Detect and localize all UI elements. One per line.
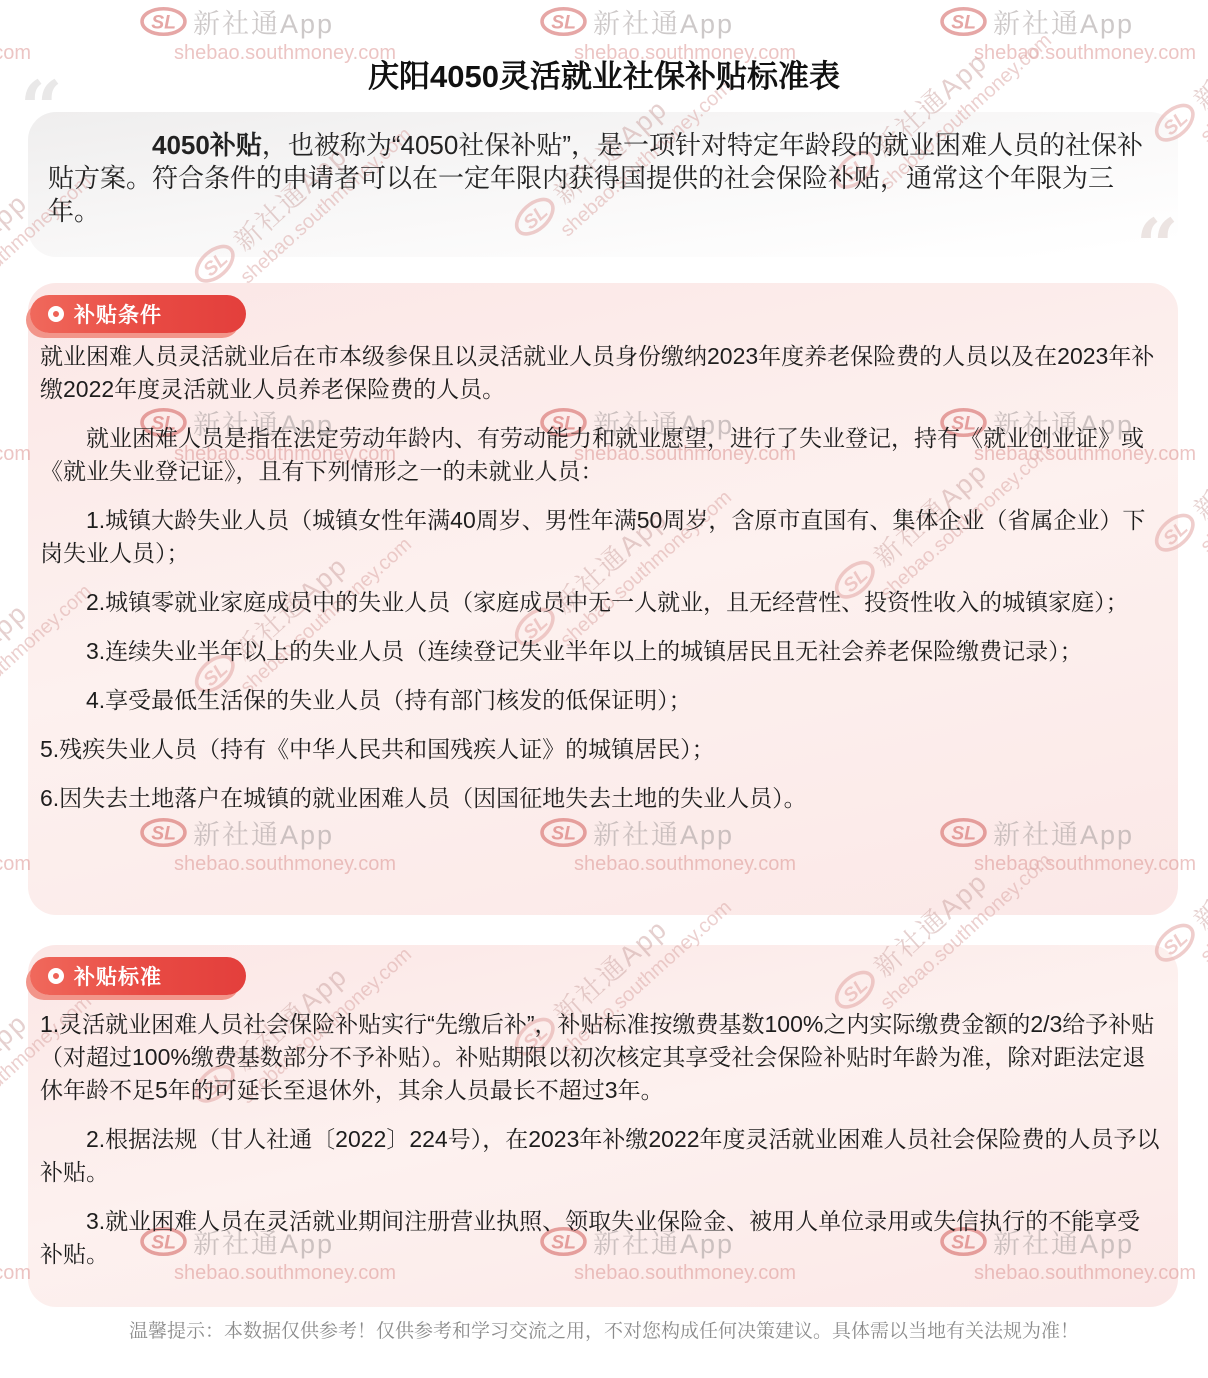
watermark-brand-text: 新社通App — [593, 2, 734, 41]
svg-text:SL: SL — [551, 12, 576, 34]
list-item: 1.城镇大龄失业人员（城镇女性年满40周岁、男性年满50周岁，含原市直国有、集体… — [40, 504, 1162, 570]
list-item: 1.灵活就业困难人员社会保险补贴实行“先缴后补”，补贴标准按缴费基数100%之内… — [40, 1008, 1162, 1107]
quote-bold-lead: 4050补贴 — [152, 130, 262, 160]
shexintong-logo-icon: SL — [540, 6, 587, 37]
svg-text:SL: SL — [151, 12, 176, 34]
paragraph: 就业困难人员灵活就业后在市本级参保且以灵活就业人员身份缴纳2023年度养老保险费… — [40, 340, 1162, 406]
close-quote-icon: “ — [1136, 210, 1179, 284]
list-item: 3.就业困难人员在灵活就业期间注册营业执照、领取失业保险金、被用人单位录用或失信… — [40, 1205, 1162, 1271]
watermark-brand-text: 新社通App — [193, 2, 334, 41]
section-subsidy-standard: 补贴标准 1.灵活就业困难人员社会保险补贴实行“先缴后补”，补贴标准按缴费基数1… — [28, 945, 1178, 1307]
watermark-brand-text: 新社通App — [1184, 404, 1208, 527]
page-title: 庆阳4050灵活就业社保补贴标准表 — [0, 51, 1208, 96]
section-subsidy-conditions: 补贴条件 就业困难人员灵活就业后在市本级参保且以灵活就业人员身份缴纳2023年度… — [28, 283, 1178, 915]
article-page: SL新社通Appshebao.southmoney.comSL新社通Appshe… — [0, 0, 1208, 1378]
shexintong-logo-icon: SL — [140, 6, 187, 37]
section-body: 就业困难人员灵活就业后在市本级参保且以灵活就业人员身份缴纳2023年度养老保险费… — [28, 283, 1178, 815]
list-item: 4.享受最低生活保的失业人员（持有部门核发的低保证明）； — [40, 684, 1162, 717]
intro-quote-block: 4050补贴，也被称为“4050社保补贴”，是一项针对特定年龄段的就业困难人员的… — [28, 112, 1178, 257]
list-item: 3.连续失业半年以上的失业人员（连续登记失业半年以上的城镇居民且无社会养老保险缴… — [40, 635, 1162, 668]
shexintong-logo-icon: SL — [940, 6, 987, 37]
watermark-brand-text: 新社通App — [993, 2, 1134, 41]
svg-text:SL: SL — [951, 12, 976, 34]
section-body: 1.灵活就业困难人员社会保险补贴实行“先缴后补”，补贴标准按缴费基数100%之内… — [28, 945, 1178, 1271]
disclaimer-note: 温馨提示：本数据仅供参考！仅供参考和学习交流之用，不对您构成任何决策建议。具体需… — [0, 1316, 1208, 1343]
watermark-brand-text: 新社通App — [1184, 814, 1208, 937]
paragraph: 就业困难人员是指在法定劳动年龄内、有劳动能力和就业愿望，进行了失业登记，持有《就… — [40, 422, 1162, 488]
list-item: 6.因失去土地落户在城镇的就业困难人员（因国征地失去土地的失业人员）。 — [40, 782, 1162, 815]
list-item: 5.残疾失业人员（持有《中华人民共和国残疾人证》的城镇居民）； — [40, 733, 1162, 766]
open-quote-icon: “ — [20, 72, 63, 146]
list-item: 2.城镇零就业家庭成员中的失业人员（家庭成员中无一人就业，且无经营性、投资性收入… — [40, 586, 1162, 619]
list-item: 2.根据法规（甘人社通〔2022〕224号），在2023年补缴2022年度灵活就… — [40, 1123, 1162, 1189]
intro-quote-text: 4050补贴，也被称为“4050社保补贴”，是一项针对特定年龄段的就业困难人员的… — [28, 112, 1178, 228]
